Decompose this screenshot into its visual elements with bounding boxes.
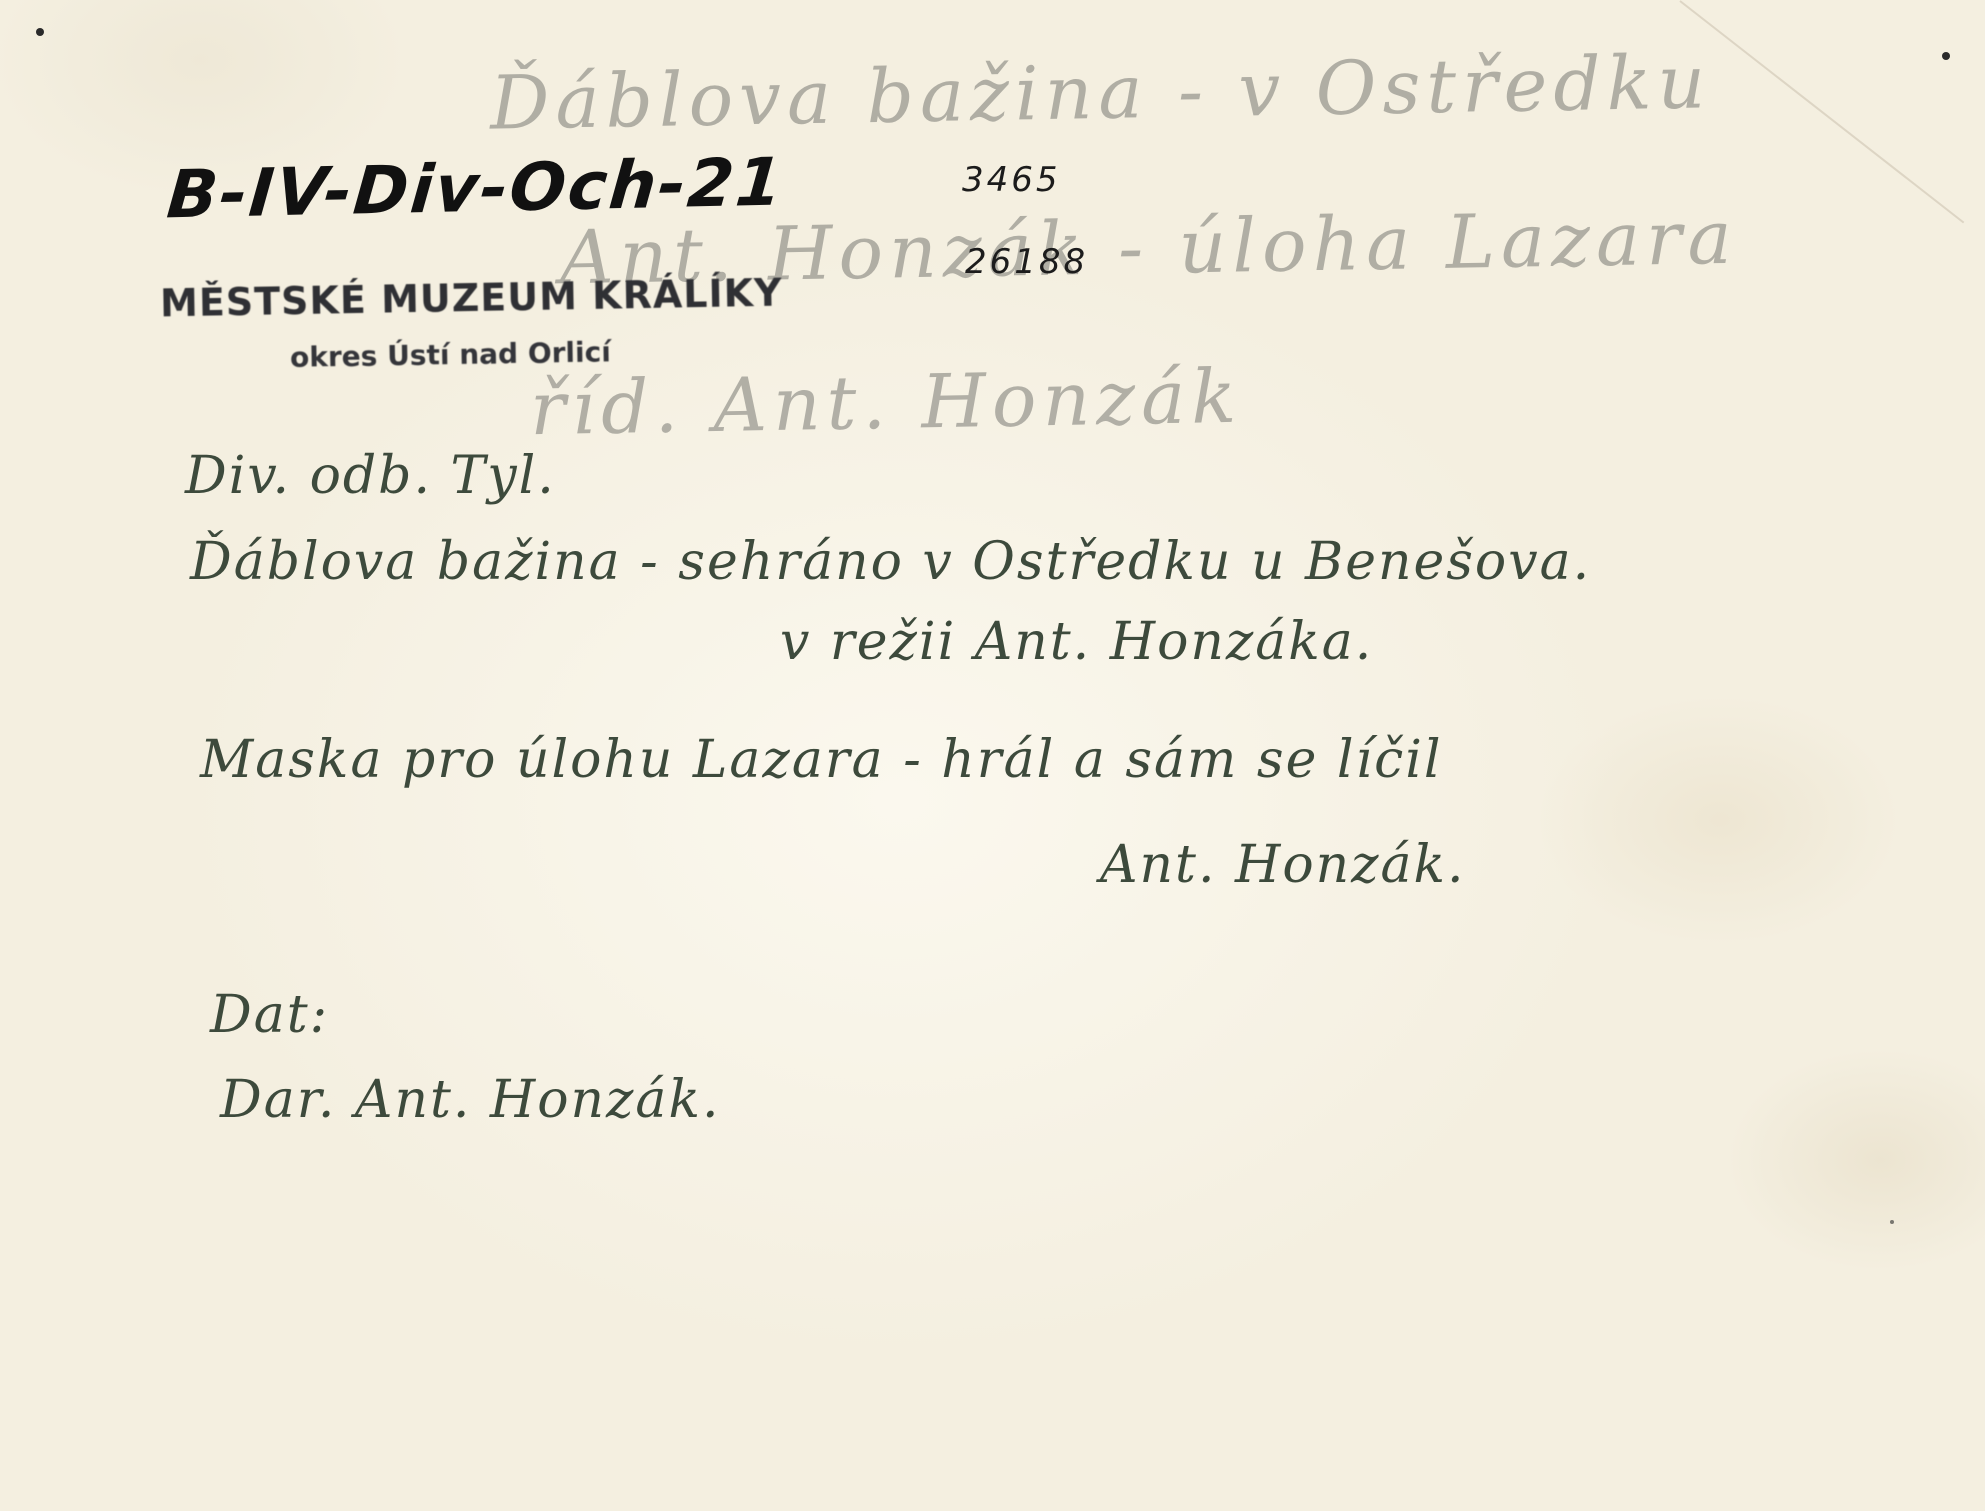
inventory-number-primary: 3465 (962, 160, 1061, 200)
paper-speck (1942, 52, 1950, 60)
catalog-mark: B-IV-Div-Och-21 (164, 144, 787, 234)
note-play-title: Ďáblova bažina - sehráno v Ostředku u Be… (190, 532, 1591, 592)
note-date-label: Dat: (210, 985, 329, 1045)
inventory-number-secondary: 26188 (965, 242, 1088, 282)
paper-speck (36, 28, 44, 36)
museum-stamp-district: okres Ústí nad Orlicí (290, 335, 611, 374)
note-actor-name: Ant. Honzák. (1100, 835, 1466, 895)
note-theatre-section: Div. odb. Tyl. (185, 446, 556, 506)
paper-speck (1890, 1220, 1894, 1224)
pencil-note-3: říd. Ant. Honzák (529, 354, 1242, 452)
note-director: v režii Ant. Honzáka. (780, 612, 1373, 672)
note-donor: Dar. Ant. Honzák. (220, 1070, 720, 1130)
note-mask-role: Maska pro úlohu Lazara - hrál a sám se l… (200, 730, 1443, 790)
